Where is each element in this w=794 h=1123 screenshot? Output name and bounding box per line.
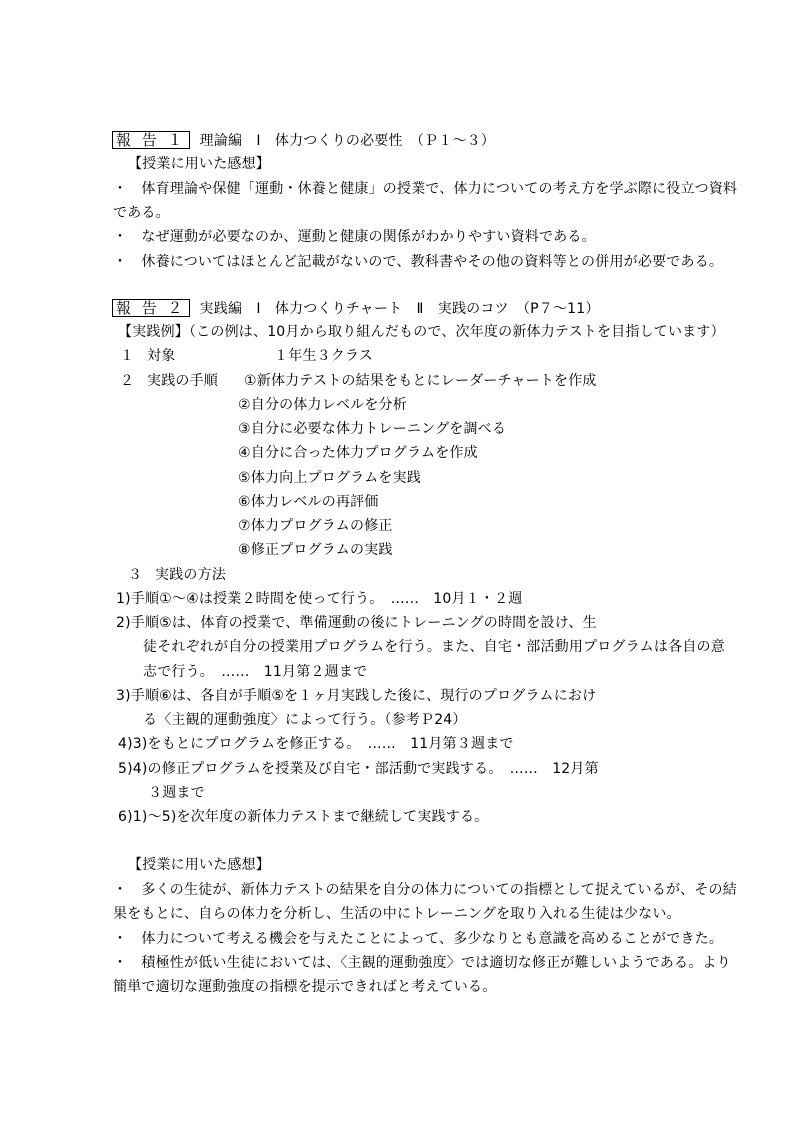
item2-number: ２ bbox=[120, 372, 134, 390]
report2-bullet: 果をもとに、自らの体力を分析し、生活の中にトレーニングを取り入れる生徒は少ない。 bbox=[113, 905, 681, 923]
report1-impressions-title: 【授業に用いた感想】 bbox=[128, 155, 270, 173]
step-item: ③自分に必要な体力トレーニングを調べる bbox=[238, 420, 506, 438]
step-item: ⑥体力レベルの再評価 bbox=[238, 493, 379, 511]
step-item: ①新体力テストの結果をもとにレーダーチャートを作成 bbox=[244, 372, 597, 390]
method-line: 2)手順⑤は、体育の授業で、準備運動の後にトレーニングの時間を設け、生 bbox=[116, 614, 597, 632]
method-line: 5)4)の修正プログラムを授業及び自宅・部活動で実践する。 …… 12月第 bbox=[118, 760, 599, 778]
item3-number: ３ bbox=[128, 566, 142, 584]
step-item: ⑤体力向上プログラムを実践 bbox=[238, 469, 421, 487]
method-line: 1)手順①～④は授業２時間を使って行う。 …… 10月１・２週 bbox=[116, 590, 522, 608]
report1-bullet: ・ なぜ運動が必要なのか、運動と健康の関係がわかりやすい資料である。 bbox=[113, 228, 596, 246]
report2-impressions-title: 【授業に用いた感想】 bbox=[128, 856, 270, 874]
method-line: ３週まで bbox=[148, 784, 205, 802]
report1-heading: 理論編 Ⅰ 体力つくりの必要性 （Ｐ１～３） bbox=[200, 133, 496, 149]
item3-label: 実践の方法 bbox=[155, 566, 226, 584]
step-item: ⑦体力プログラムの修正 bbox=[238, 517, 393, 535]
item1-label: 対象 bbox=[147, 347, 175, 365]
report2-example-title: 【実践例】（この例は、10月から取り組んだもので、次年度の新体力テストを目指して… bbox=[118, 323, 725, 341]
method-line: 志で行う。 …… 11月第２週まで bbox=[143, 663, 367, 681]
method-line: る〈主観的運動強度〉によって行う。（参考Ｐ24） bbox=[143, 711, 467, 729]
item2-label: 実践の手順 bbox=[147, 372, 218, 390]
method-line: 徒それぞれが自分の授業用プログラムを行う。また、自宅・部活動用プログラムは各自の… bbox=[143, 638, 725, 656]
report2-bullet: ・ 多くの生徒が、新体力テストの結果を自分の体力についての指標として捉えているが… bbox=[113, 881, 737, 899]
method-line: 6)1)～5)を次年度の新体力テストまで継続して実践する。 bbox=[118, 808, 488, 826]
step-item: ②自分の体力レベルを分析 bbox=[238, 396, 407, 414]
report2-heading: 実践編 Ⅰ 体力つくりチャート Ⅱ 実践のコツ （P７～11） bbox=[200, 301, 600, 317]
item1-number: １ bbox=[120, 347, 134, 365]
report2-bullet: 簡単で適切な運動強度の指標を提示できればと考えている。 bbox=[113, 978, 496, 996]
report1-bullet: である。 bbox=[113, 204, 170, 222]
report2-bullet: ・ 積極性が低い生徒においては、〈主観的運動強度〉では適切な修正が難しいようであ… bbox=[113, 954, 731, 972]
report2-heading-line: 報 告 ２実践編 Ⅰ 体力つくりチャート Ⅱ 実践のコツ （P７～11） bbox=[112, 299, 600, 318]
item1-value: １年生３クラス bbox=[274, 347, 373, 365]
report2-bullet: ・ 体力について考える機会を与えたことによって、多少なりとも意識を高めることがで… bbox=[113, 930, 723, 948]
report1-heading-line: 報 告 １理論編 Ⅰ 体力つくりの必要性 （Ｐ１～３） bbox=[112, 131, 495, 150]
report1-bullet: ・ 休養についてはほとんど記載がないので、教科書やその他の資料等との併用が必要で… bbox=[113, 253, 723, 271]
method-line: 3)手順⑥は、各自が手順⑤を１ヶ月実践した後に、現行のプログラムにおけ bbox=[116, 687, 596, 705]
method-line: 4)3)をもとにプログラムを修正する。 …… 11月第３週まで bbox=[118, 735, 514, 753]
step-item: ④自分に合った体力プログラムを作成 bbox=[238, 444, 478, 462]
report2-label: 報 告 ２ bbox=[112, 299, 190, 317]
report1-bullet: ・ 体育理論や保健「運動・休養と健康」の授業で、体力についての考え方を学ぶ際に役… bbox=[113, 180, 737, 198]
step-item: ⑧修正プログラムの実践 bbox=[238, 541, 393, 559]
report1-label: 報 告 １ bbox=[112, 131, 190, 149]
